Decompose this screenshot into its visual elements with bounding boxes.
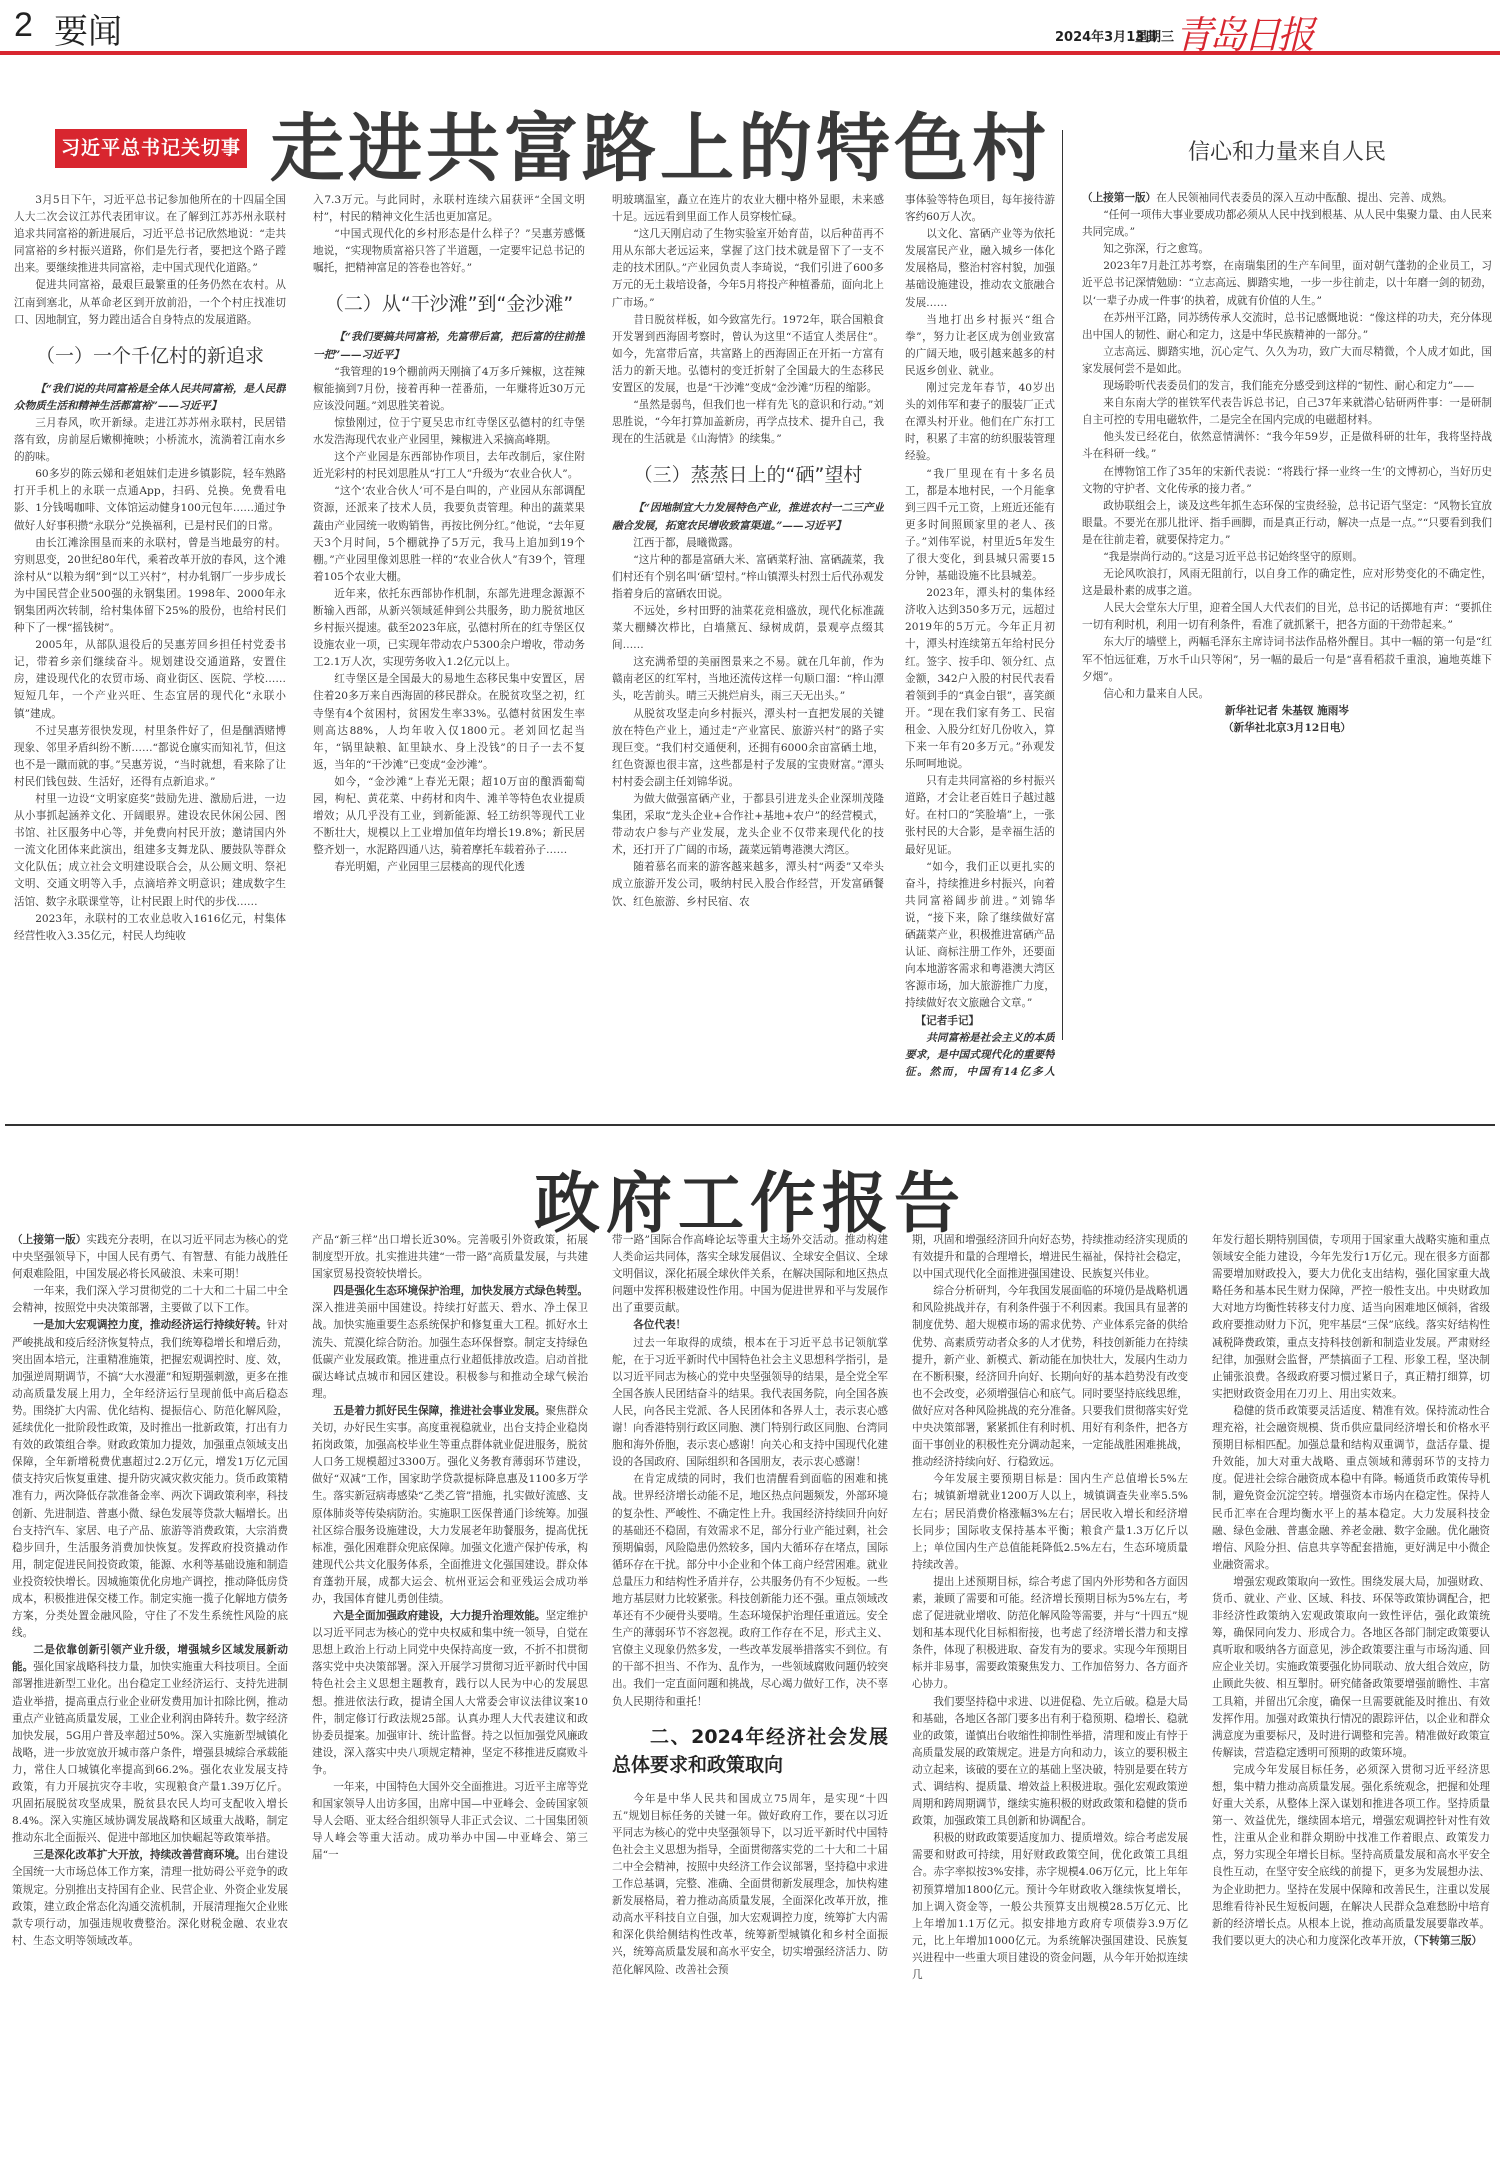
continued-from-label: （上接第一版） [1082, 192, 1156, 204]
report-column-1: （上接第一版）实践充分表明，在以习近平同志为核心的党中央坚强领导下，中国人民有勇… [12, 1232, 288, 2167]
subheading: （一）一个千亿村的新追求 [14, 343, 286, 369]
continued-on-label: （下转第三版） [1413, 1935, 1482, 1947]
column-divider [1062, 130, 1063, 1040]
sidebar-article: （上接第一版）在人民领袖同代表委员的深入互动中酝酿、提出、完善、成熟。 “任何一… [1082, 190, 1492, 1080]
report-column-2: 产品“新三样”出口增长近30%。完善吸引外资政策，拓展制度型开放。扎实推进共建“… [312, 1232, 588, 2167]
article1-column-3: 明玻璃温室，矗立在连片的农业大棚中格外显眼，未来感十足。远远看到里面工作人员穿梭… [612, 192, 884, 1082]
section-name: 要闻 [54, 4, 122, 53]
article-headline: 走进共富路上的特色村 [270, 108, 1050, 190]
article1-column-1: 3月5日下午，习近平总书记参加他所在的十四届全国人大二次会议江苏代表团审议。在了… [14, 192, 286, 1082]
article-kicker: 习近平总书记关切事 [55, 129, 247, 168]
pull-quote: 【“我们说的共同富裕是全体人民共同富裕，是人民群众物质生活和精神生活都富裕”——… [14, 381, 286, 415]
subheading: （三）蒸蒸日上的“硒”望村 [612, 462, 884, 488]
report-section-heading: 二、2024年经济社会发展总体要求和政策取向 [612, 1723, 888, 1779]
report-column-5: 年发行超长期特别国债，专项用于国家重大战略实施和重点领域安全能力建设，今年先发行… [1212, 1232, 1490, 2167]
masthead: 2 要闻 2024年3月13日 星期三 青岛日报 [0, 0, 1500, 55]
sidebar-dateline: （新华社北京3月12日电） [1082, 720, 1492, 737]
report-column-3: 带一路”国际合作高峰论坛等重大主场外交活动。推动构建人类命运共同体，落实全球发展… [612, 1232, 888, 2167]
masthead-divider [0, 51, 1500, 55]
sidebar-title: 信心和力量来自人民 [1082, 135, 1492, 166]
sidebar-byline: 新华社记者 朱基钗 施雨岑 [1082, 703, 1492, 720]
report-headline: 政府工作报告 [0, 1150, 1500, 1245]
issue-weekday: 星期三 [1135, 26, 1174, 45]
page-number: 2 [14, 6, 33, 45]
pull-quote: 【“因地制宜大力发展特色产业，推进农村一二三产业融合发展，拓宽农民增收致富渠道。… [612, 500, 884, 534]
pull-quote: 【“我们要搞共同富裕，先富带后富，把后富的往前推一把”——习近平】 [313, 329, 585, 363]
article1-column-2: 入7.3万元。与此同时，永联村连续六届获评“全国文明村”，村民的精神文化生活也更… [313, 192, 585, 1082]
subheading: （二）从“干沙滩”到“金沙滩” [313, 291, 585, 317]
article1-column-4-real: 事体验等特色项目，每年接待游客约60万人次。 以文化、富硒产业等为依托发展富民产… [905, 192, 1055, 1082]
continued-from-label: （上接第一版） [12, 1234, 86, 1246]
section-divider [5, 1124, 1495, 1126]
report-column-4: 期，巩固和增强经济回升向好态势，持续推动经济实现质的有效提升和量的合理增长，增进… [912, 1232, 1188, 2167]
reporter-notes-label: 【记者手记】 [905, 1013, 1055, 1030]
